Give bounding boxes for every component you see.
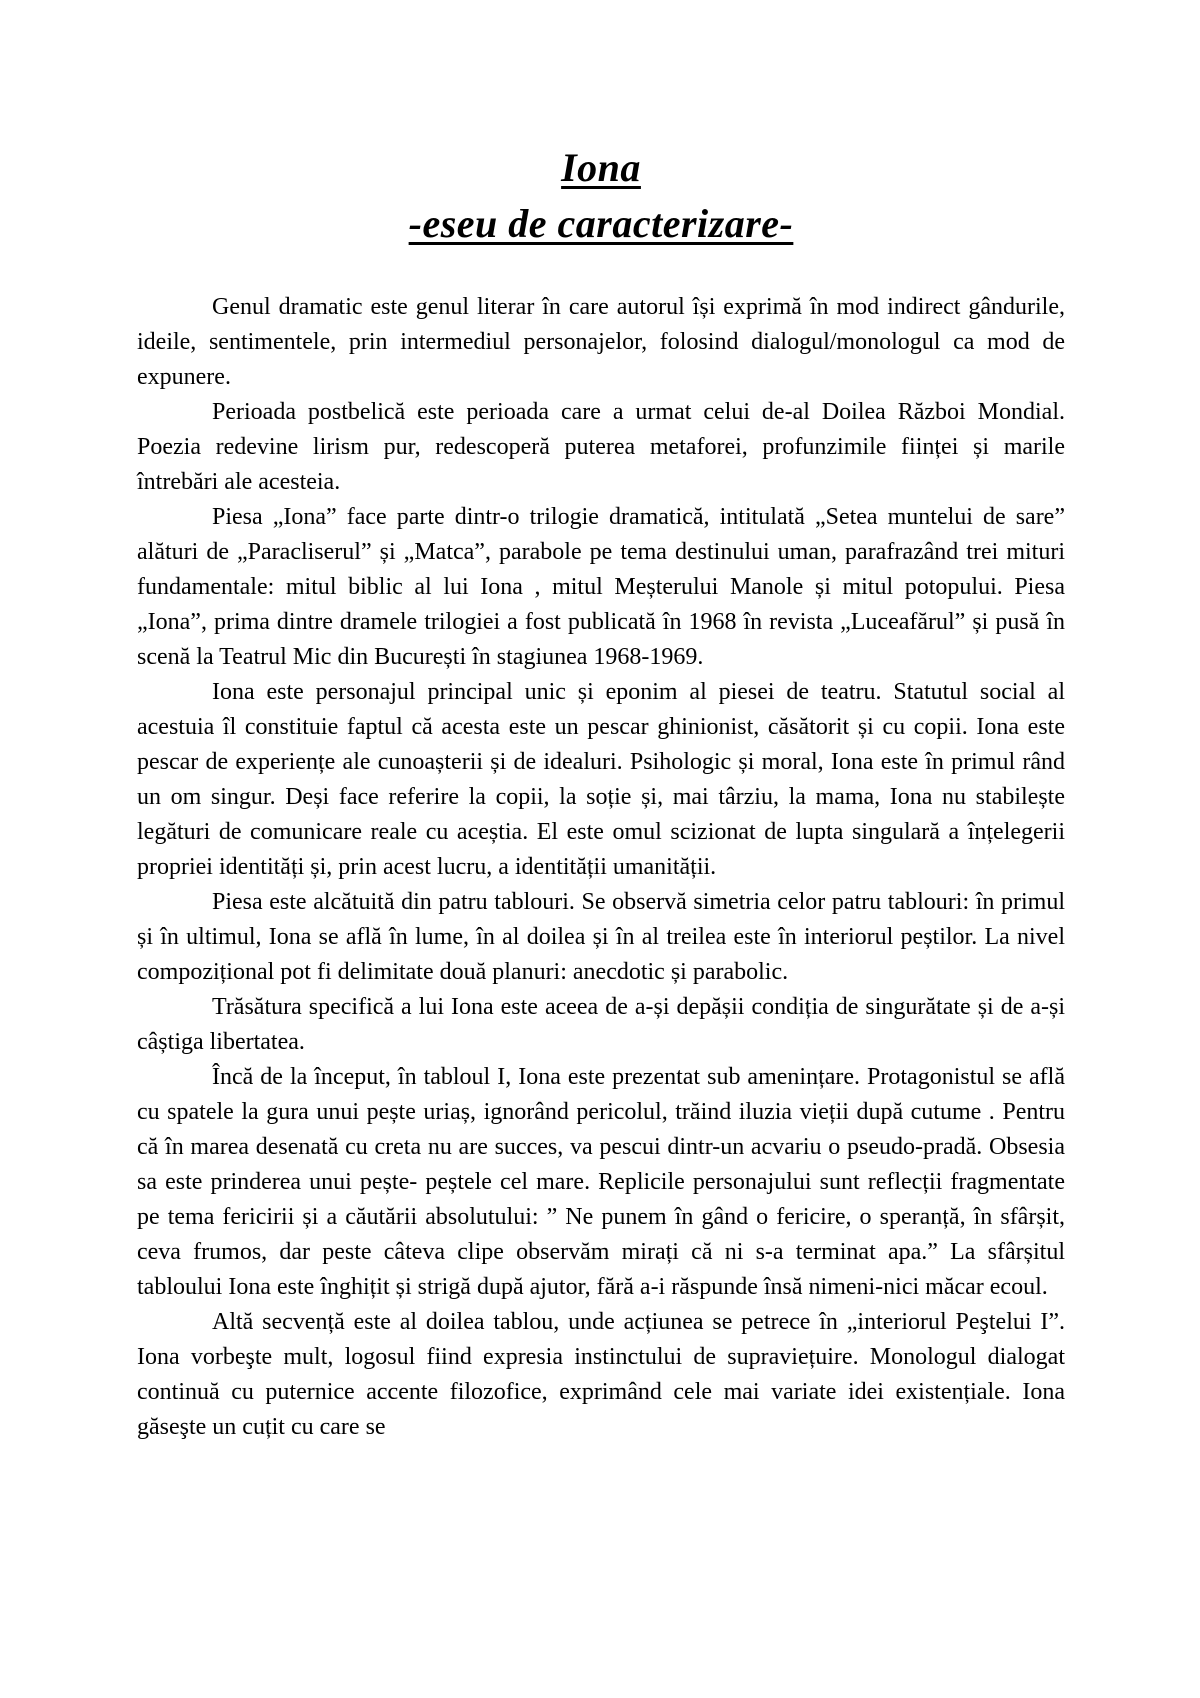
- paragraph-trilogia: Piesa „Iona” face parte dintr-o trilogie…: [137, 500, 1065, 675]
- document-subtitle: -eseu de caracterizare-: [137, 196, 1065, 252]
- document-page: Iona -eseu de caracterizare- Genul drama…: [0, 0, 1200, 1698]
- paragraph-genul-dramatic: Genul dramatic este genul literar în car…: [137, 290, 1065, 395]
- paragraph-tabloul-doi: Altă secvență este al doilea tablou, und…: [137, 1305, 1065, 1445]
- document-header: Iona -eseu de caracterizare-: [137, 140, 1065, 252]
- paragraph-statut-personaj: Iona este personajul principal unic și e…: [137, 675, 1065, 885]
- paragraph-perioada-postbelica: Perioada postbelică este perioada care a…: [137, 395, 1065, 500]
- paragraph-tabloul-unu: Încă de la început, în tabloul I, Iona e…: [137, 1060, 1065, 1305]
- document-title: Iona: [137, 140, 1065, 196]
- essay-body: Genul dramatic este genul literar în car…: [137, 290, 1065, 1445]
- paragraph-trasatura-specifica: Trăsătura specifică a lui Iona este acee…: [137, 990, 1065, 1060]
- paragraph-structura-tablouri: Piesa este alcătuită din patru tablouri.…: [137, 885, 1065, 990]
